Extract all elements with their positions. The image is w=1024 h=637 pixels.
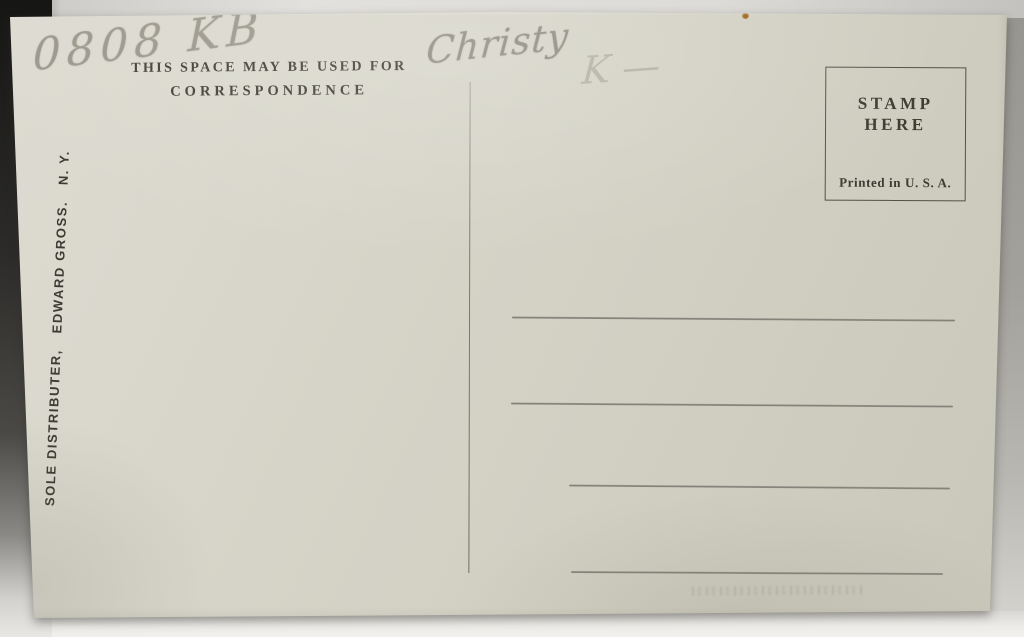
stamp-word-2: HERE: [864, 114, 926, 135]
pencil-initial-annotation: K —: [581, 43, 662, 93]
postcard-wrapper: 0808 KB Christy K — THIS SPACE MAY BE US…: [0, 0, 1024, 637]
address-line-1: [512, 316, 955, 321]
printed-in-usa-label: Printed in U. S. A.: [839, 175, 951, 192]
stamp-word-1: STAMP: [858, 93, 934, 114]
address-line-2: [511, 402, 953, 407]
notice-line-1: THIS SPACE MAY BE USED FOR: [113, 59, 425, 77]
faint-print-marks: [692, 585, 864, 595]
pencil-name-annotation: Christy: [425, 14, 571, 73]
stamp-box: STAMP HERE Printed in U. S. A.: [825, 67, 967, 202]
divider-line: [468, 82, 471, 573]
notice-line-2: CORRESPONDENCE: [113, 82, 425, 101]
distributor-imprint: SOLE DISTRIBUTER, EDWARD GROSS. N. Y.: [42, 150, 72, 507]
postcard-back: 0808 KB Christy K — THIS SPACE MAY BE US…: [0, 0, 1024, 637]
rust-speck: [742, 13, 749, 19]
address-line-4: [571, 571, 943, 575]
edge-nick: [19, 432, 23, 439]
address-line-3: [569, 485, 950, 490]
correspondence-notice: THIS SPACE MAY BE USED FOR CORRESPONDENC…: [113, 59, 425, 101]
edge-nick: [13, 304, 17, 310]
photo-stage: 0808 KB Christy K — THIS SPACE MAY BE US…: [0, 0, 1024, 637]
